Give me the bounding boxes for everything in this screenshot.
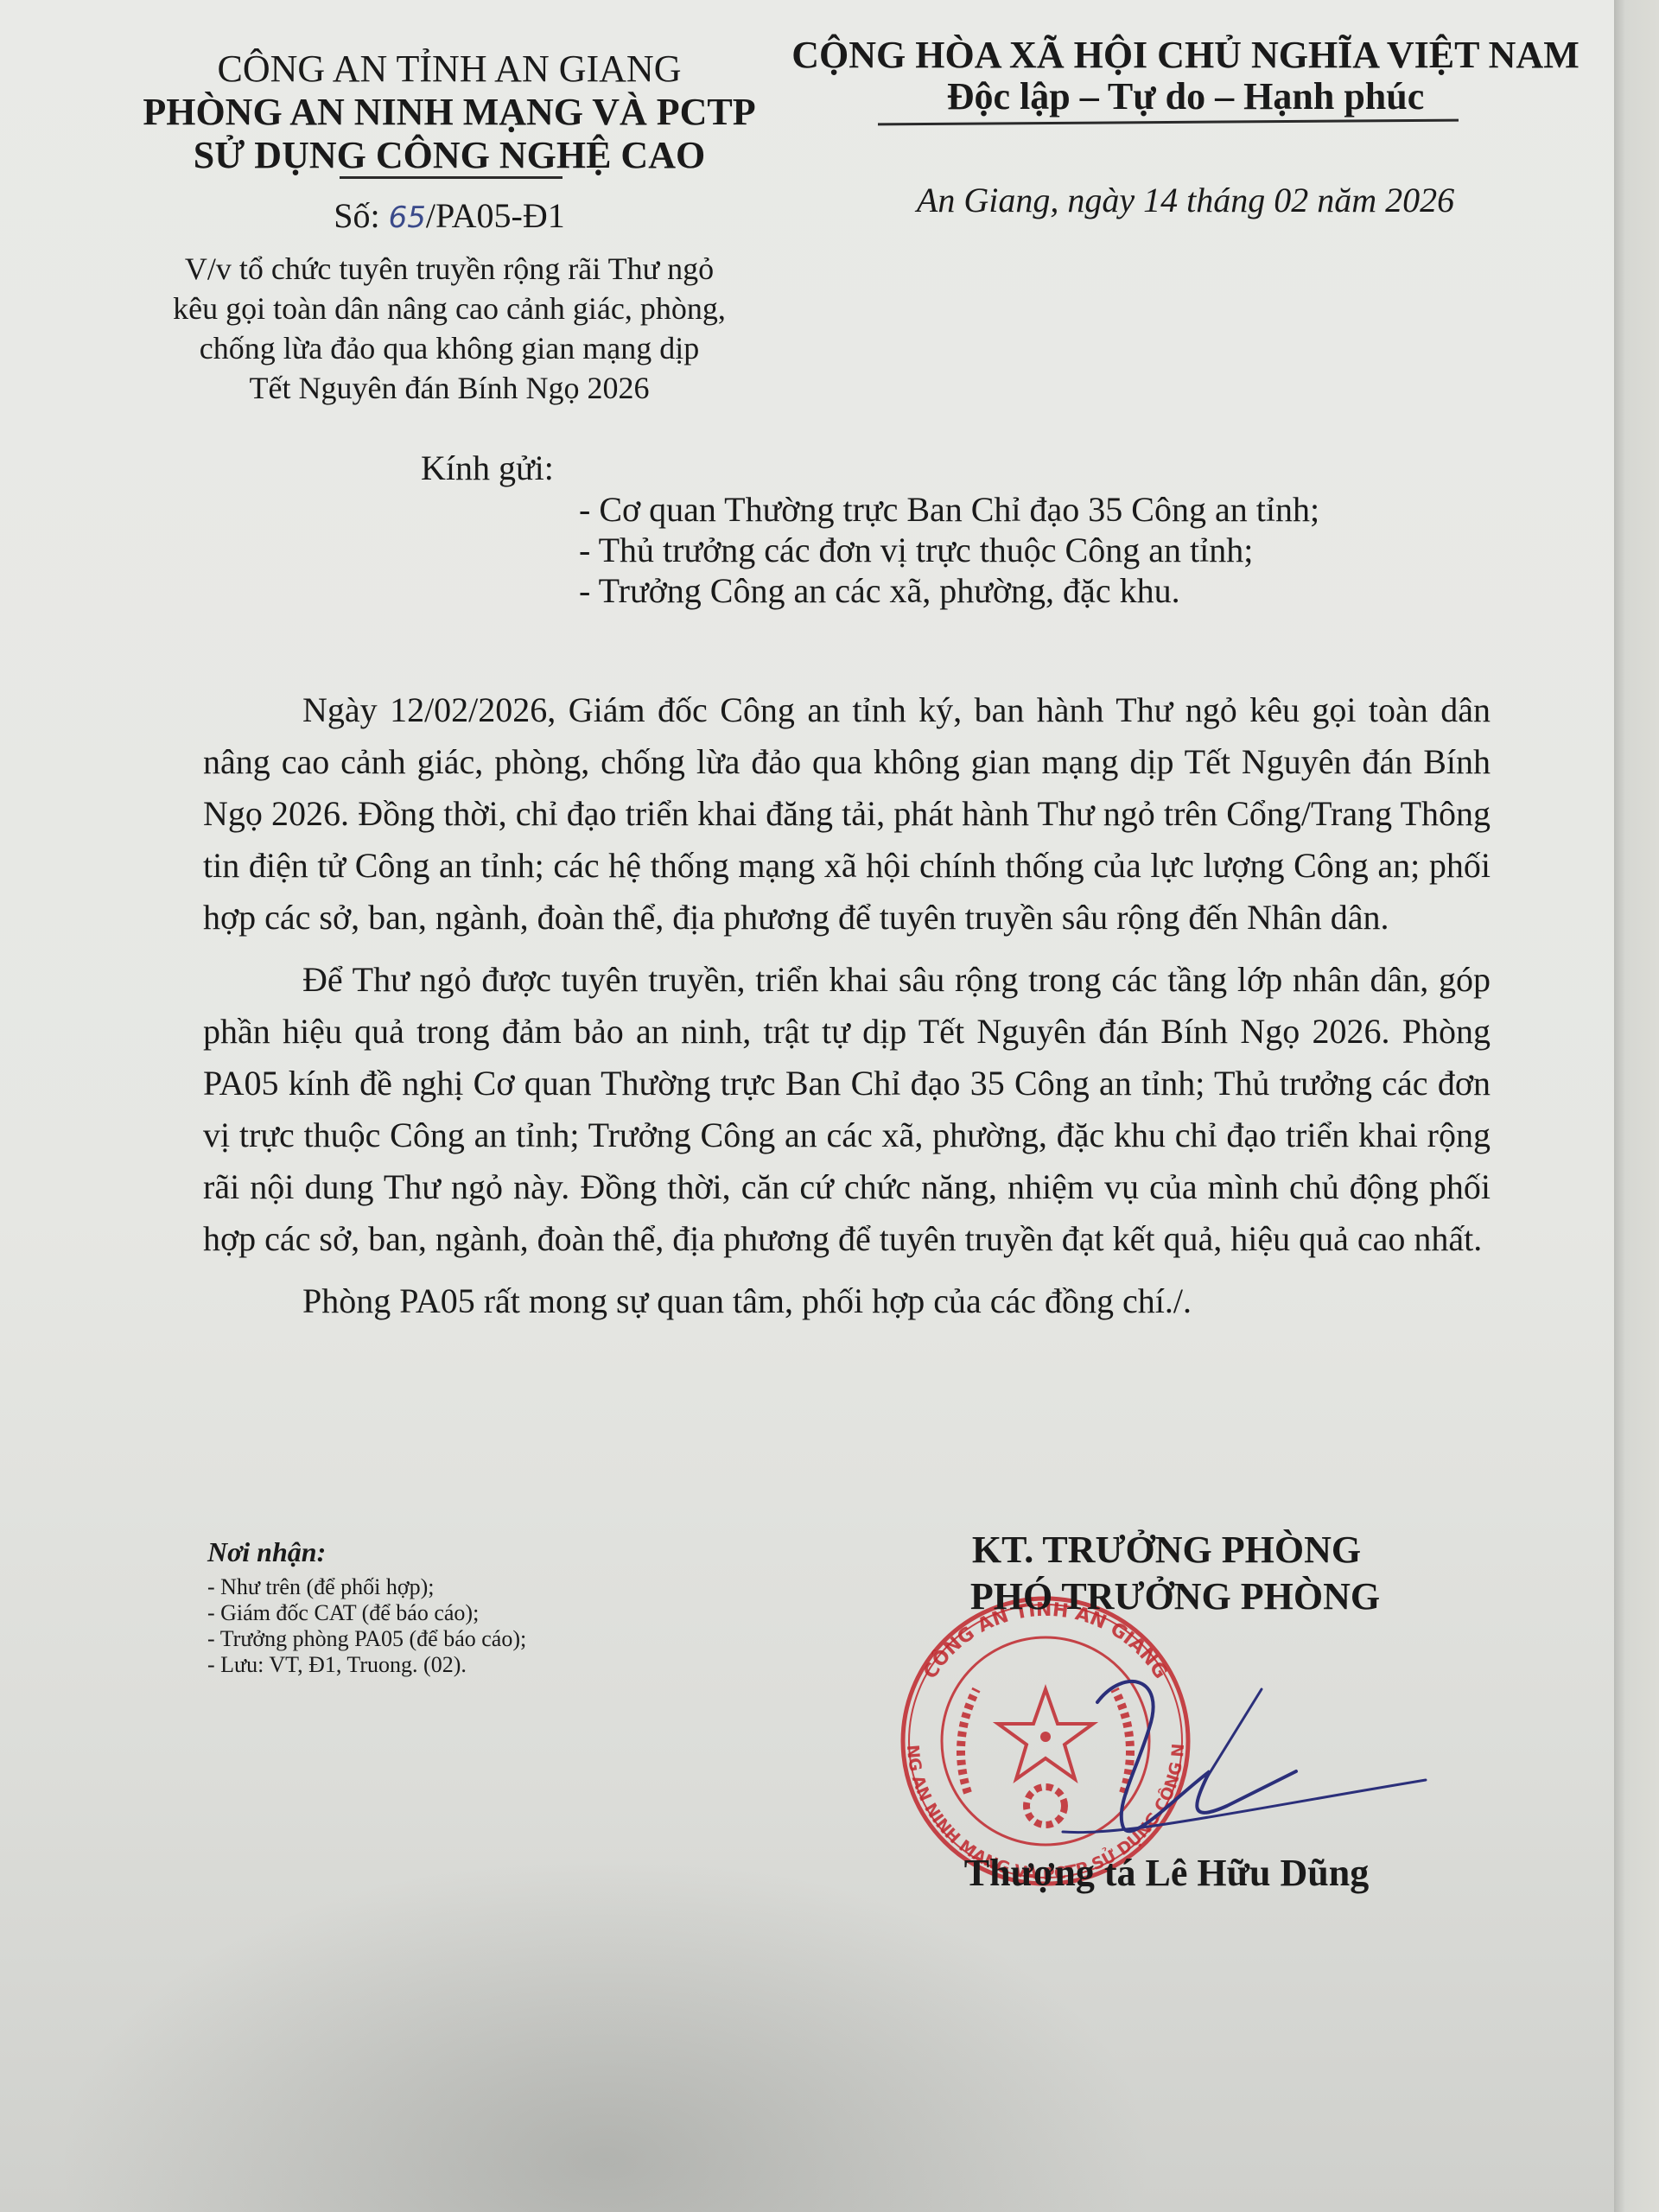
subject-block: V/v tổ chức tuyên truyền rộng rãi Thư ng…: [173, 249, 726, 408]
signature-title-1: KT. TRƯỞNG PHÒNG: [972, 1528, 1361, 1572]
distribution-item: - Giám đốc CAT (để báo cáo);: [207, 1600, 526, 1626]
svg-text:PHÒNG AN NINH MẠNG VÀ PCTP SỬ: PHÒNG AN NINH MẠNG VÀ PCTP SỬ DỤNG CÔNG …: [873, 1594, 1188, 1884]
distribution-item: - Trưởng phòng PA05 (để báo cáo);: [207, 1626, 526, 1652]
subject-line: Tết Nguyên đán Bính Ngọ 2026: [173, 368, 726, 408]
national-motto: Độc lập – Tự do – Hạnh phúc: [947, 74, 1425, 118]
body-paragraph-2: Để Thư ngỏ được tuyên truyền, triển khai…: [203, 954, 1491, 1265]
number-handwritten: 65: [389, 200, 426, 235]
body-paragraph-1: Ngày 12/02/2026, Giám đốc Công an tỉnh k…: [203, 684, 1491, 944]
recipient-item: - Thủ trưởng các đơn vị trực thuộc Công …: [579, 530, 1319, 570]
recipients-label: Kính gửi:: [421, 448, 554, 488]
number-suffix: /PA05-Đ1: [426, 196, 565, 235]
signature-title-2: PHÓ TRƯỞNG PHÒNG: [970, 1574, 1380, 1618]
svg-text:CÔNG AN TỈNH AN GIANG: CÔNG AN TỈNH AN GIANG: [919, 1597, 1171, 1682]
issuer-line-3: SỬ DỤNG CÔNG NGHỆ CAO: [194, 135, 705, 176]
issuer-underline: [340, 176, 563, 179]
signer-name: Thượng tá Lê Hữu Dũng: [964, 1851, 1369, 1895]
recipients-list: - Cơ quan Thường trực Ban Chỉ đạo 35 Côn…: [579, 489, 1319, 611]
official-stamp-icon: CÔNG AN TỈNH AN GIANG PHÒNG AN NINH MẠNG…: [873, 1594, 1218, 1888]
desk-background: [1614, 0, 1659, 2212]
subject-line: chống lừa đảo qua không gian mạng dịp: [173, 328, 726, 368]
distribution-list: - Như trên (để phối hợp); - Giám đốc CAT…: [207, 1574, 526, 1678]
issuer-line-2: PHÒNG AN NINH MẠNG VÀ PCTP: [143, 92, 755, 133]
document-number: Số: 65/PA05-Đ1: [334, 195, 564, 236]
place-date: An Giang, ngày 14 tháng 02 năm 2026: [917, 180, 1454, 220]
number-prefix: Số:: [334, 196, 388, 235]
distribution-item: - Như trên (để phối hợp);: [207, 1574, 526, 1600]
recipient-item: - Trưởng Công an các xã, phường, đặc khu…: [579, 570, 1319, 611]
body-paragraph-3: Phòng PA05 rất mong sự quan tâm, phối hợ…: [203, 1275, 1491, 1327]
distribution-title: Nơi nhận:: [207, 1536, 326, 1568]
subject-line: V/v tổ chức tuyên truyền rộng rãi Thư ng…: [173, 249, 726, 289]
distribution-item: - Lưu: VT, Đ1, Truong. (02).: [207, 1652, 526, 1678]
motto-underline: [878, 119, 1459, 126]
issuer-line-1: CÔNG AN TỈNH AN GIANG: [218, 48, 682, 90]
recipient-item: - Cơ quan Thường trực Ban Chỉ đạo 35 Côn…: [579, 489, 1319, 530]
national-title: CỘNG HÒA XÃ HỘI CHỦ NGHĨA VIỆT NAM: [791, 33, 1579, 77]
body-text: Ngày 12/02/2026, Giám đốc Công an tỉnh k…: [203, 684, 1491, 1327]
handwritten-signature-icon: [994, 1659, 1443, 1866]
document-page: CÔNG AN TỈNH AN GIANG PHÒNG AN NINH MẠNG…: [0, 0, 1614, 2212]
subject-line: kêu gọi toàn dân nâng cao cảnh giác, phò…: [173, 289, 726, 328]
